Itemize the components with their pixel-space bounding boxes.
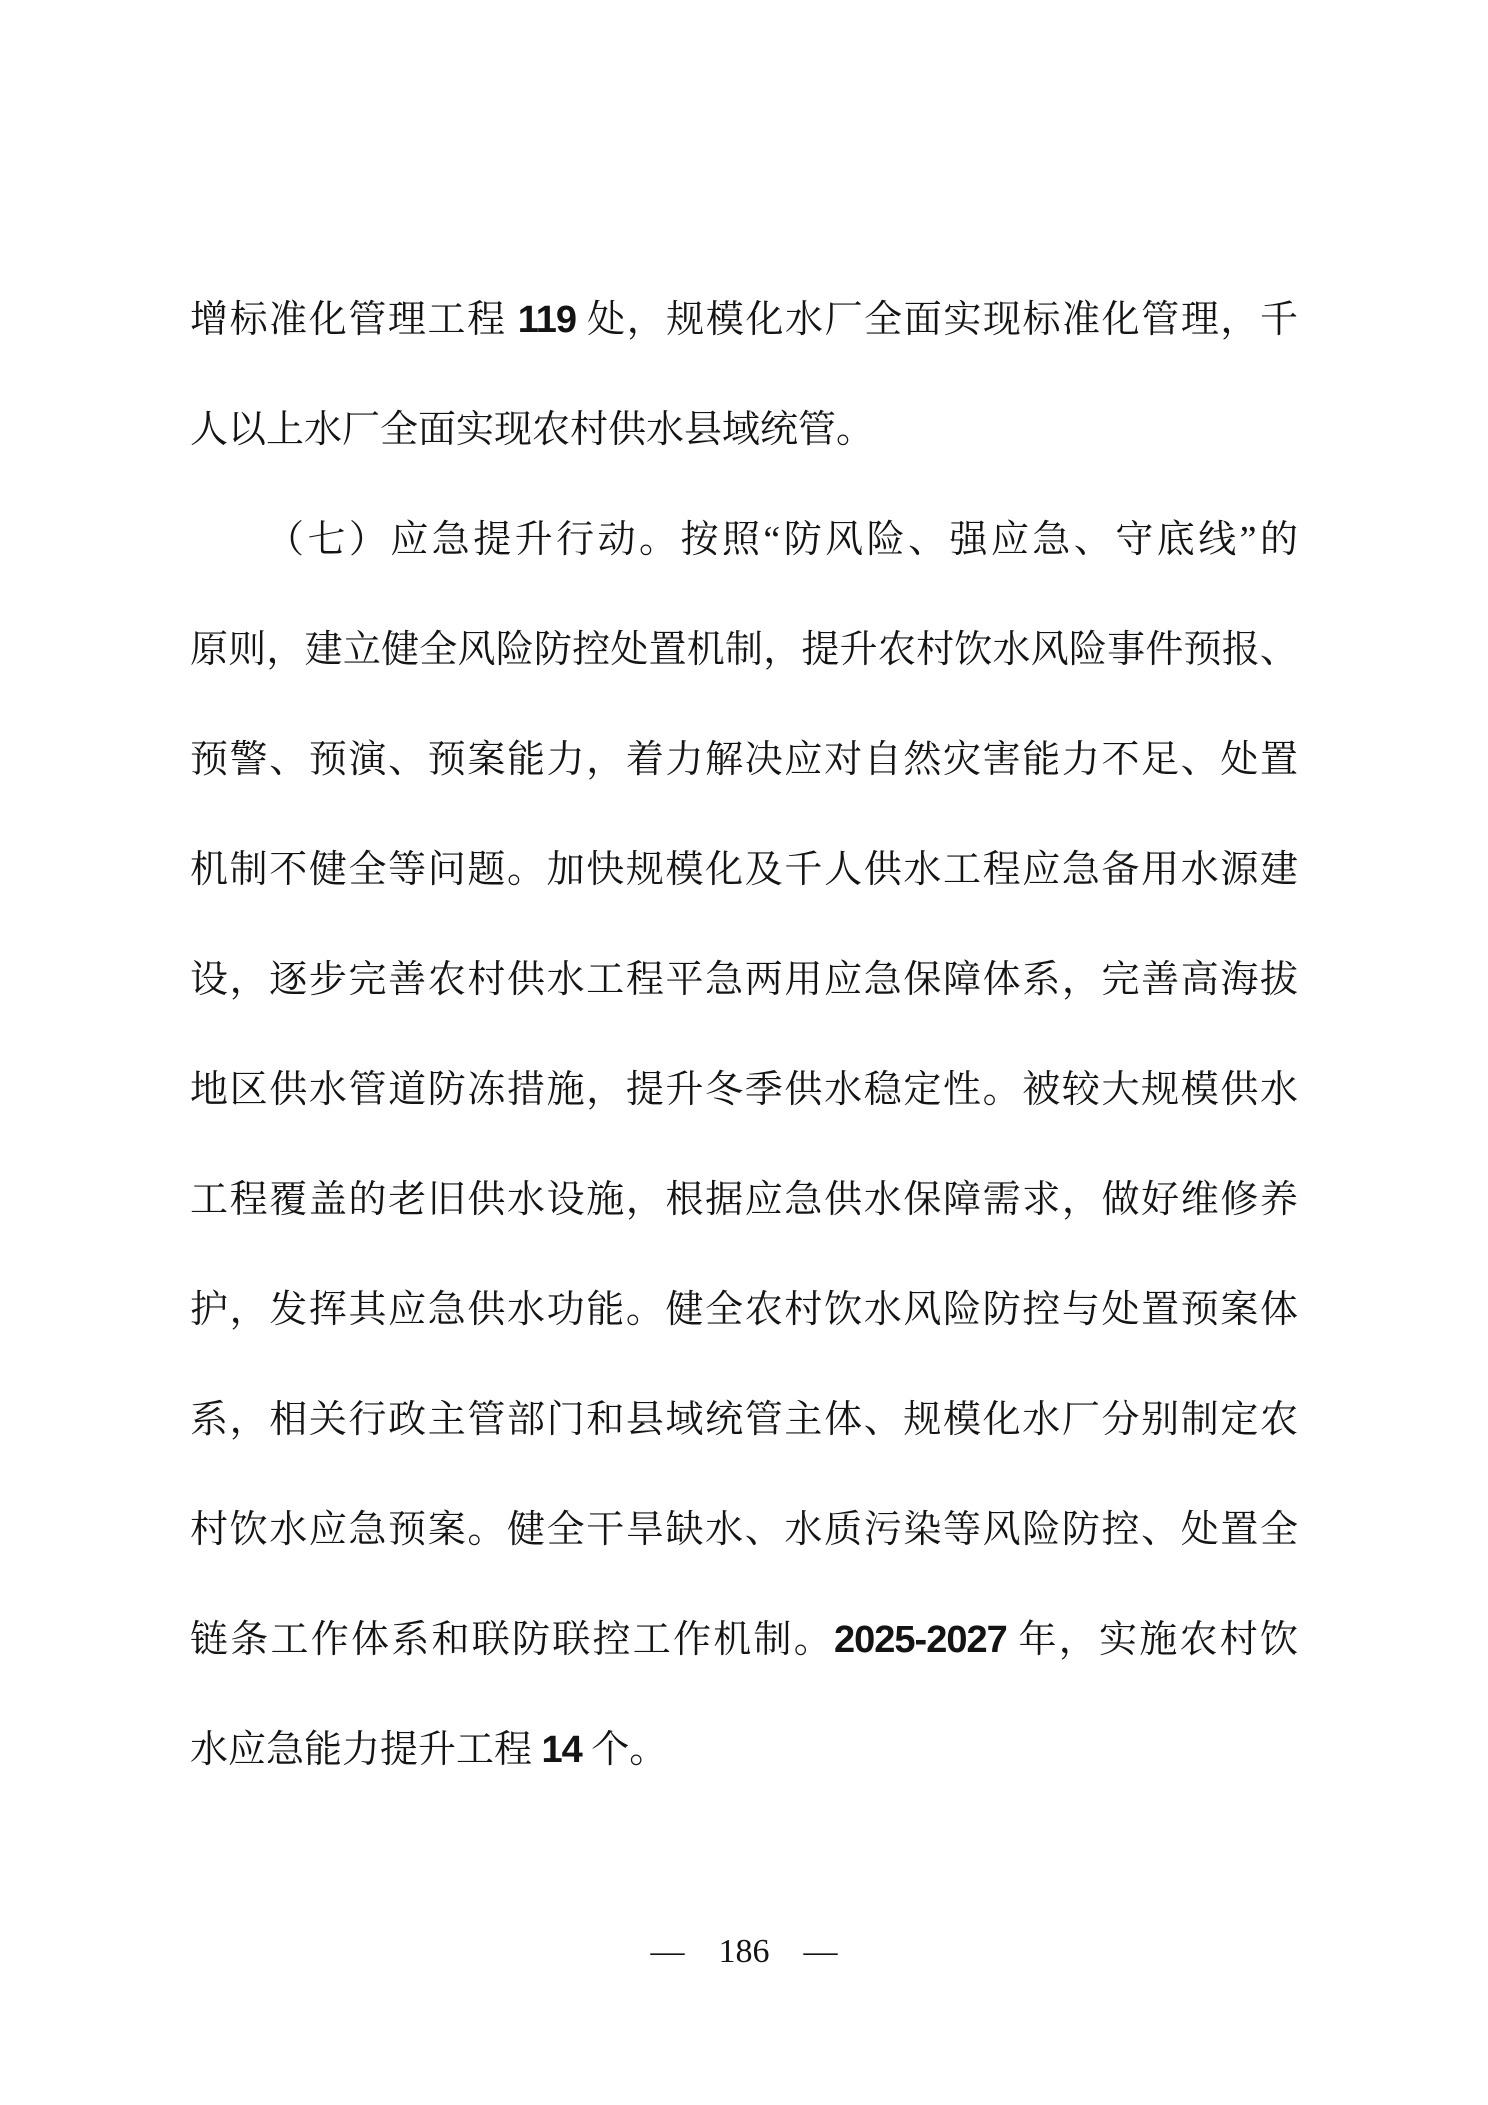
text-line: 设，逐步完善农村供水工程平急两用应急保障体系，完善高海拔 [190, 925, 1298, 1035]
text-line: 预警、预演、预案能力，着力解决应对自然灾害能力不足、处置 [190, 705, 1298, 815]
bold-number: 14 [542, 1729, 582, 1771]
paragraph: 增标准化管理工程 119 处，规模化水厂全面实现标准化管理，千人以上水厂全面实现… [190, 265, 1298, 485]
bold-number: 119 [518, 299, 576, 341]
bold-number: 2025-2027 [834, 1619, 1007, 1661]
text-segment: 设，逐步完善农村供水工程平急两用应急保障体系，完善高海拔 [190, 959, 1298, 1001]
text-line: 地区供水管道防冻措施，提升冬季供水稳定性。被较大规模供水 [190, 1035, 1298, 1145]
text-line: 系，相关行政主管部门和县域统管主体、规模化水厂分别制定农 [190, 1365, 1298, 1475]
text-line: 人以上水厂全面实现农村供水县域统管。 [190, 375, 1298, 485]
footer-dash-left: — [651, 1932, 685, 1972]
text-line: 村饮水应急预案。健全干旱缺水、水质污染等风险防控、处置全 [190, 1475, 1298, 1585]
text-segment: （七）应急提升行动。按照“防风险、强应急、守底线”的 [266, 519, 1298, 561]
text-line: 水应急能力提升工程 14 个。 [190, 1695, 1298, 1805]
text-segment: 系，相关行政主管部门和县域统管主体、规模化水厂分别制定农 [190, 1399, 1298, 1441]
text-line: （七）应急提升行动。按照“防风险、强应急、守底线”的 [190, 485, 1298, 595]
page-footer: —186— [0, 1932, 1488, 1972]
text-segment: 原则，建立健全风险防控处置机制，提升农村饮水风险事件预报、 [190, 629, 1298, 671]
footer-dash-right: — [804, 1932, 838, 1972]
text-segment: 机制不健全等问题。加快规模化及千人供水工程应急备用水源建 [190, 849, 1298, 891]
text-line: 增标准化管理工程 119 处，规模化水厂全面实现标准化管理，千 [190, 265, 1298, 375]
text-segment: 地区供水管道防冻措施，提升冬季供水稳定性。被较大规模供水 [190, 1069, 1298, 1111]
text-segment: 链条工作体系和联防联控工作机制。 [190, 1619, 834, 1661]
text-line: 机制不健全等问题。加快规模化及千人供水工程应急备用水源建 [190, 815, 1298, 925]
page-number: 186 [719, 1932, 770, 1972]
text-segment: 护，发挥其应急供水功能。健全农村饮水风险防控与处置预案体 [190, 1289, 1298, 1331]
text-segment: 村饮水应急预案。健全干旱缺水、水质污染等风险防控、处置全 [190, 1509, 1298, 1551]
text-line: 工程覆盖的老旧供水设施，根据应急供水保障需求，做好维修养 [190, 1145, 1298, 1255]
text-segment: 处，规模化水厂全面实现标准化管理，千 [576, 299, 1298, 341]
text-line: 原则，建立健全风险防控处置机制，提升农村饮水风险事件预报、 [190, 595, 1298, 705]
text-segment: 预警、预演、预案能力，着力解决应对自然灾害能力不足、处置 [190, 739, 1298, 781]
document-page: 增标准化管理工程 119 处，规模化水厂全面实现标准化管理，千人以上水厂全面实现… [0, 0, 1488, 2105]
text-line: 护，发挥其应急供水功能。健全农村饮水风险防控与处置预案体 [190, 1255, 1298, 1365]
text-segment: 人以上水厂全面实现农村供水县域统管。 [190, 409, 874, 451]
text-line: 链条工作体系和联防联控工作机制。2025-2027 年，实施农村饮 [190, 1585, 1298, 1695]
text-segment: 工程覆盖的老旧供水设施，根据应急供水保障需求，做好维修养 [190, 1179, 1298, 1221]
text-segment: 年，实施农村饮 [1007, 1619, 1298, 1661]
text-segment: 水应急能力提升工程 [190, 1729, 542, 1771]
text-segment: 个。 [582, 1729, 668, 1771]
paragraph: （七）应急提升行动。按照“防风险、强应急、守底线”的原则，建立健全风险防控处置机… [190, 485, 1298, 1805]
text-segment: 增标准化管理工程 [190, 299, 518, 341]
document-body: 增标准化管理工程 119 处，规模化水厂全面实现标准化管理，千人以上水厂全面实现… [190, 265, 1298, 1805]
